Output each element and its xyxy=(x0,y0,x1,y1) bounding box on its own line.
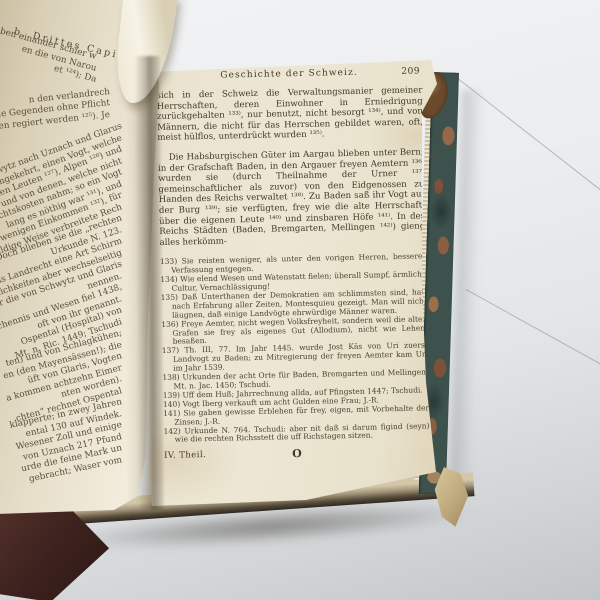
book-photo-scene: Geschichte der Schweiz. 209 sich in der … xyxy=(0,0,600,600)
page-footer: IV. Theil. O xyxy=(164,445,430,464)
signature-mark: O xyxy=(292,447,302,460)
left-page-text: neben einander schier wen die von Naroue… xyxy=(0,52,122,466)
volume-label: IV. Theil. xyxy=(164,450,206,461)
running-header-title: Geschichte der Schweiz. xyxy=(220,68,358,81)
footnotes-block: 133) Sie reisten weniger, als unter den … xyxy=(160,253,430,446)
body-paragraphs: sich in der Schweiz die Verwaltungsmanie… xyxy=(156,85,425,248)
paragraph: sich in der Schweiz die Verwaltungsmanie… xyxy=(156,85,423,144)
page-number: 209 xyxy=(401,66,420,76)
footnote: 142) Urkunde N. 764. Tschudi: aber nit d… xyxy=(163,422,429,445)
background-scratch xyxy=(465,289,600,372)
paragraph: Die Habsburgischen Güter im Aargau blieb… xyxy=(158,147,426,248)
running-header-row: Geschichte der Schweiz. 209 xyxy=(156,66,422,82)
right-page-content: Geschichte der Schweiz. 209 sich in der … xyxy=(156,66,430,463)
book-right-page: Geschichte der Schweiz. 209 sich in der … xyxy=(136,52,458,516)
